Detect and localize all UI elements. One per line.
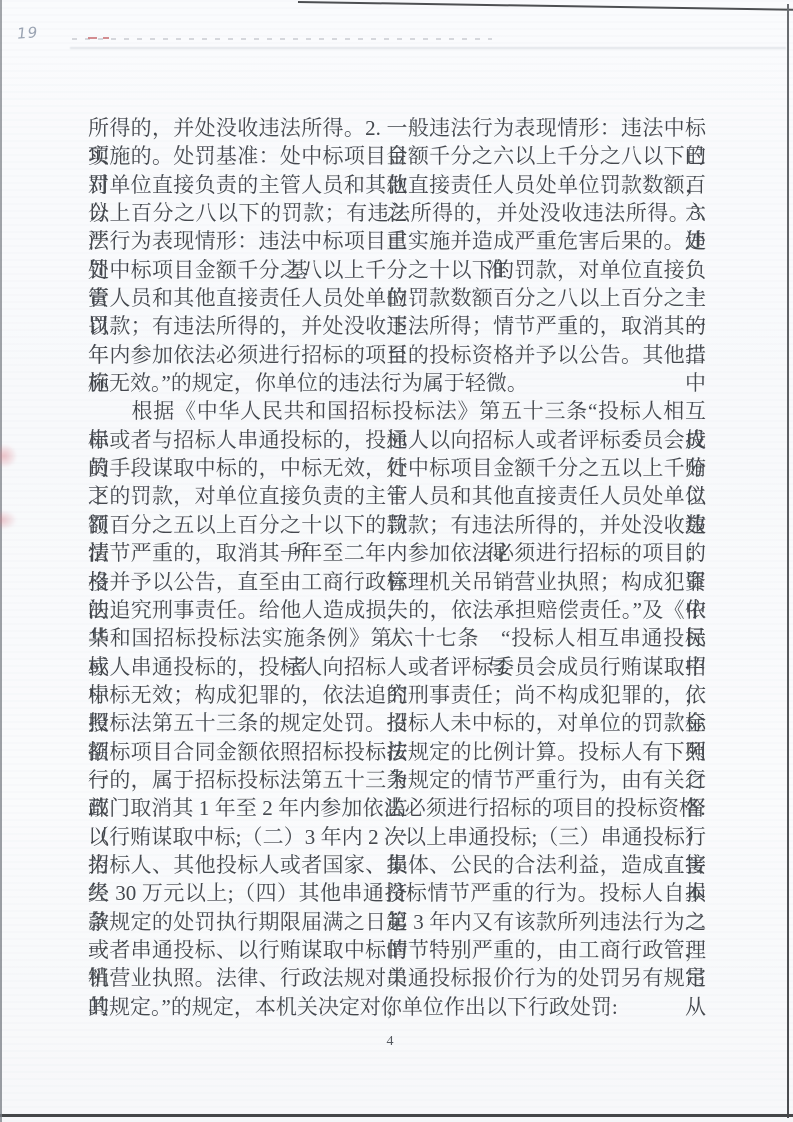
text-line: 年内参加依法必须进行招标的项目的投标资格并予以公告。其他措施：中 (88, 341, 706, 369)
text-line: 以上百分之八以下的罚款；有违法所得的，并处没收违法所得。3. 严重违 (88, 199, 706, 227)
scan-edge-right (787, 4, 789, 1118)
text-line: 或者串通投标、以行贿谋取中标情节特别严重的，由工商行政管理机关吊 (88, 936, 706, 964)
text-line: 中标无效；构成犯罪的，依法追究刑事责任；尚不构成犯罪的，依照招标 (88, 681, 706, 709)
text-line: 投标法第五十三条的规定处罚。投标人未中标的，对单位的罚款金额按照 (88, 709, 706, 737)
text-line: 标人串通投标的，投标人向招标人或者评标委员会成员行贿谋取中标的， (88, 653, 706, 681)
text-line: 额百分之五以上百分之十以下的罚款；有违法所得的，并处没收违法所得； (88, 511, 706, 539)
text-line: 其规定。”的规定，本机关决定对你单位作出以下行政处罚: (88, 993, 706, 1021)
scan-edge-left (0, 0, 2, 1122)
document-body: 所得的，并处没收违法所得。2. 一般违法行为表现情形：违法中标项目已实施的。处罚… (88, 114, 706, 1021)
text-line: 罚款；有违法所得的，并处没收违法所得；情节严重的，取消其一年至二 (88, 312, 706, 340)
text-line: 实施的。处罚基准：处中标项目金额千分之六以上千分之八以下的罚款， (88, 142, 706, 170)
scan-artifact-band (70, 47, 786, 49)
text-line: 对单位直接负责的主管人员和其他直接责任人员处单位罚款数额百分之六 (88, 171, 706, 199)
handwritten-page-mark: 19 (16, 23, 39, 42)
text-line: 一的，属于招标投标法第五十三条规定的情节严重行为，由有关行政监督 (88, 766, 706, 794)
text-line: 的手段谋取中标的，中标无效，处中标项目金额千分之五以上千分之十以 (88, 454, 706, 482)
text-line: 以行贿谋取中标;（二）3 年内 2 次以上串通投标;（三）串通投标行为损害 (88, 823, 706, 851)
text-line: 共和国招标投标法实施条例》第六十七条 “投标人相互串通投标或者与招 (88, 624, 706, 652)
scan-artifact-dotted-line (72, 38, 492, 40)
text-line: 销营业执照。法律、行政法规对串通投标报价行为的处罚另有规定的，从 (88, 964, 706, 992)
text-line: 招标人、其他投标人或者国家、集体、公民的合法利益，造成直接经济损 (88, 851, 706, 879)
text-line: 格并予以公告，直至由工商行政管理机关吊销营业执照；构成犯罪的，依 (88, 568, 706, 596)
text-line: 管人员和其他直接责任人员处单位罚款数额百分之八以上百分之十以下的 (88, 284, 706, 312)
text-line: 标或者与招标人串通投标的，投标人以向招标人或者评标委员会成员行贿 (88, 426, 706, 454)
text-line: 款规定的处罚执行期限届满之日起 3 年内又有该款所列违法行为之一的， (88, 908, 706, 936)
text-line: 处中标项目金额千分之八以上千分之十以下的罚款，对单位直接负责的主 (88, 256, 706, 284)
text-line: 法追究刑事责任。给他人造成损失的，依法承担赔偿责任。”及《中华人民 (88, 596, 706, 624)
text-line: 失 30 万元以上;（四）其他串通投标情节严重的行为。投标人自本条第二 (88, 879, 706, 907)
text-line: 下的罚款，对单位直接负责的主管人员和其他直接责任人员处单位罚款数 (88, 482, 706, 510)
scan-edge-bottom (0, 1114, 793, 1117)
red-pen-mark (88, 37, 97, 39)
text-line: 情节严重的，取消其一年至二年内参加依法必须进行招标的项目的投标资 (88, 539, 706, 567)
text-line: 部门取消其 1 年至 2 年内参加依法必须进行招标的项目的投标资格:（一） (88, 794, 706, 822)
text-line: 根据《中华人民共和国招标投标法》第五十三条“投标人相互串通投 (88, 397, 706, 425)
text-line: 所得的，并处没收违法所得。2. 一般违法行为表现情形：违法中标项目已 (88, 114, 706, 142)
red-pen-mark (103, 37, 109, 39)
text-line: 法行为表现情形：违法中标项目已实施并造成严重危害后果的。处罚基准： (88, 227, 706, 255)
page-number: 4 (0, 1034, 780, 1050)
text-line: 招标项目合同金额依照招标投标法规定的比例计算。投标人有下列行为之 (88, 738, 706, 766)
